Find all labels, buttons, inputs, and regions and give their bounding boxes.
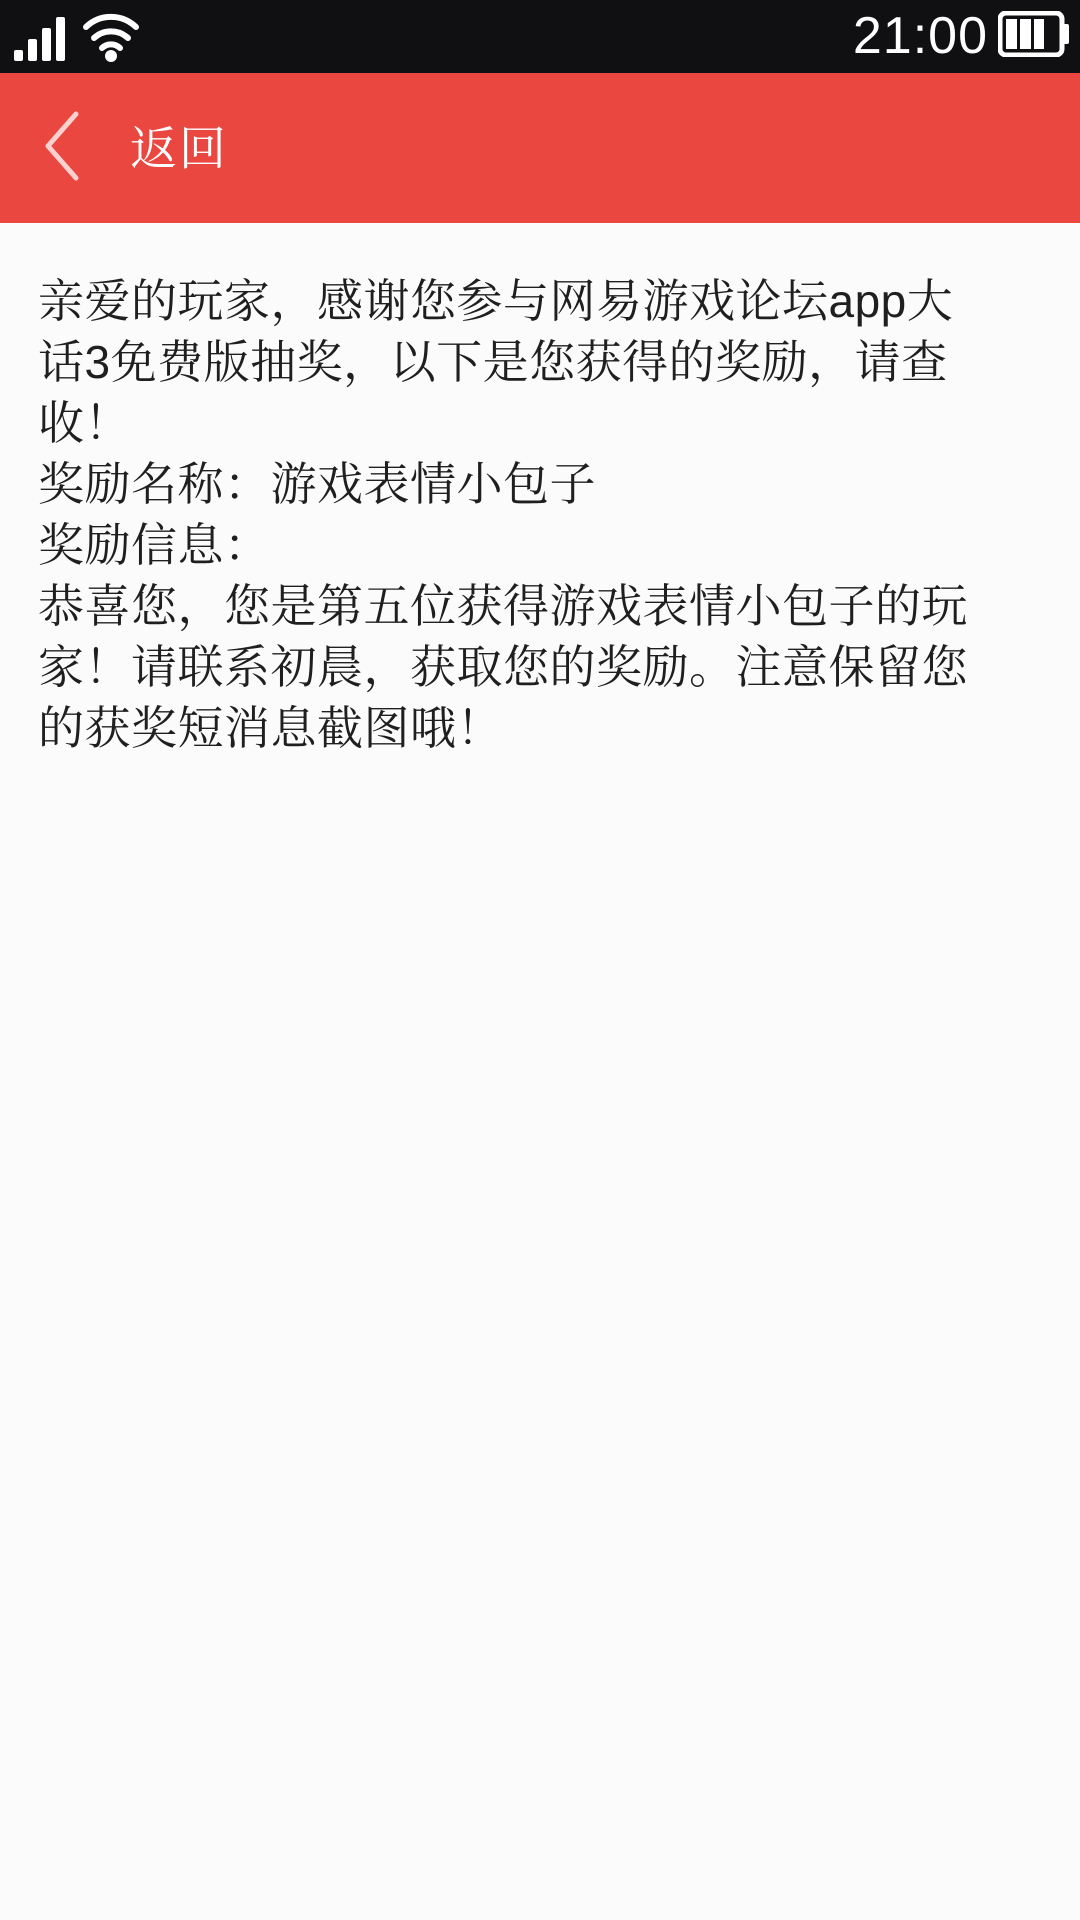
status-bar-left [14,6,140,67]
chevron-left-icon [42,109,82,188]
message-line: 的获奖短消息截图哦！ [38,698,1042,759]
signal-strength-icon [14,12,68,67]
back-button-label: 返回 [130,125,228,172]
battery-icon [998,11,1070,62]
message-body: 亲爱的玩家，感谢您参与网易游戏论坛app大 话3免费版抽奖，以下是您获得的奖励，… [0,223,1080,759]
message-line: 家！请联系初晨，获取您的奖励。注意保留您 [38,637,1042,698]
clock-time: 21:00 [853,10,988,64]
message-line: 奖励信息： [38,515,1042,576]
status-bar: 21:00 [0,0,1080,73]
back-button[interactable]: 返回 [0,73,1080,223]
message-line: 奖励名称：游戏表情小包子 [38,454,1042,515]
message-line: 恭喜您，您是第五位获得游戏表情小包子的玩 [38,576,1042,637]
message-line: 收！ [38,393,1042,454]
status-bar-right: 21:00 [853,10,1070,64]
wifi-icon [82,12,140,67]
page-root: { "status_bar": { "time": "21:00", "sign… [0,0,1080,1920]
message-line: 话3免费版抽奖，以下是您获得的奖励，请查 [38,332,1042,393]
message-line: 亲爱的玩家，感谢您参与网易游戏论坛app大 [38,271,1042,332]
